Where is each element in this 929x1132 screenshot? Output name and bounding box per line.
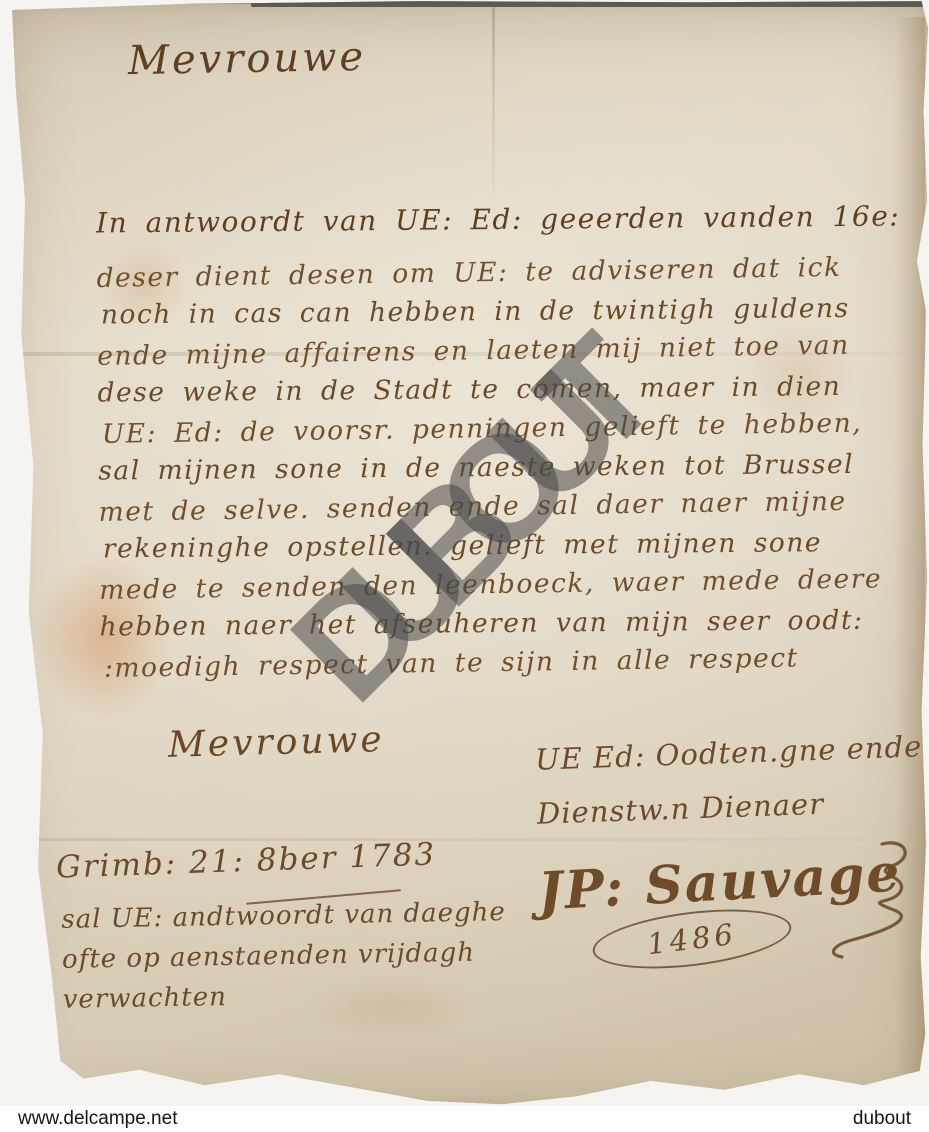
letter-paper: Mevrouwe In antwoordt van UE: Ed: geeerd… (0, 0, 929, 1112)
signature-number: 1486 (645, 917, 738, 962)
dateline: Grimb: 21: 8ber 1783 (55, 836, 436, 885)
signature-flourish (822, 836, 917, 961)
watermark-bar-right-text: dubout (853, 1108, 911, 1130)
paper-top-edge (251, 0, 929, 7)
watermark-bar: www.delcampe.net dubout (0, 1106, 929, 1132)
fold-crease (492, 6, 495, 216)
fold-crease (28, 838, 864, 841)
watermark-bar-left-text: www.delcampe.net (18, 1108, 177, 1130)
letter-line: In antwoordt van UE: Ed: geeerden vanden… (96, 197, 896, 243)
paper-top-edge (186, 0, 279, 4)
letter-body: In antwoordt van UE: Ed: geeerden vanden… (96, 197, 900, 686)
postscript: sal UE: andtwoordt van daeghe ofte op ae… (61, 892, 508, 1020)
closing-salutation: Mevrouwe (168, 719, 386, 766)
postscript-line: verwachten (62, 972, 507, 1020)
postscript-line: ofte op aenstaenden vrijdagh (62, 932, 507, 980)
closing-block: UE Ed: Oodten.gne ende Dienstw.n Dienaer (534, 719, 925, 840)
salutation: Mevrouwe (128, 34, 367, 84)
scan-background: Mevrouwe In antwoordt van UE: Ed: geeerd… (0, 0, 929, 1132)
